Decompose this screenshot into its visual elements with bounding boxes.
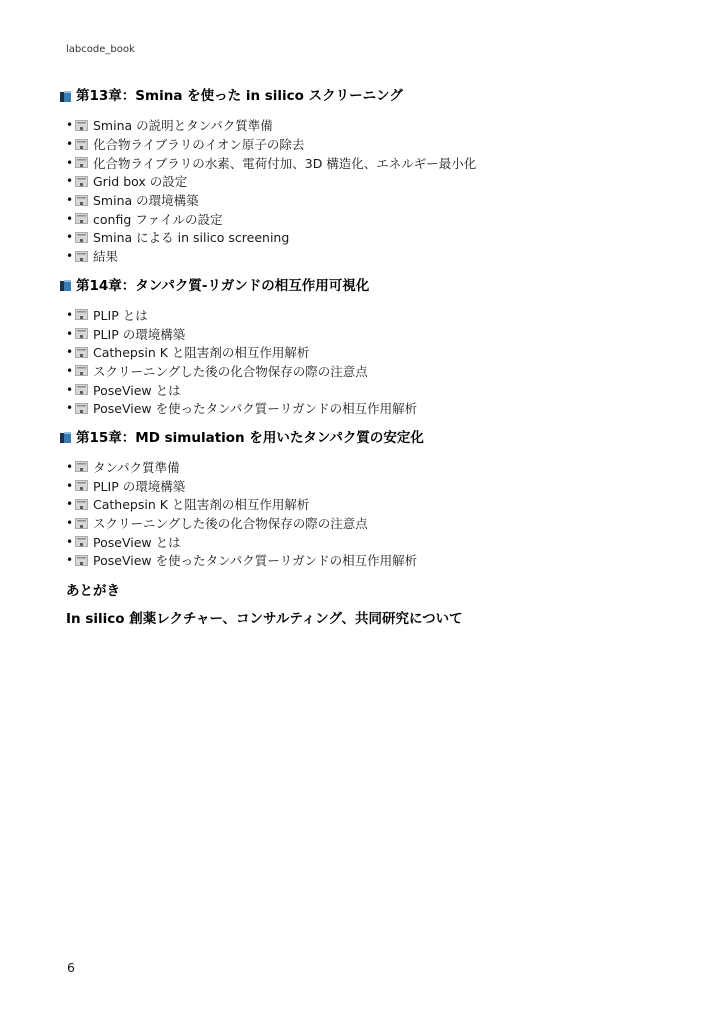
bullet-dot: • bbox=[66, 401, 72, 415]
document-icon bbox=[75, 347, 88, 358]
chapter-item-list: • Smina の説明とタンパク質準備 • 化合物ライブラリのイオン原子の除去 … bbox=[59, 116, 684, 266]
toc-item[interactable]: • PoseView とは bbox=[66, 380, 684, 399]
toc-item-label: Smina の環境構築 bbox=[93, 191, 199, 209]
document-icon bbox=[75, 120, 88, 131]
document-icon bbox=[75, 251, 88, 262]
book-icon bbox=[59, 90, 72, 103]
document-icon bbox=[75, 384, 88, 395]
chapter-heading-label: 第14章：タンパク質-リガンドの相互作用可視化 bbox=[76, 279, 369, 293]
toc-item[interactable]: • PoseView を使ったタンパク質ーリガンドの相互作用解析 bbox=[66, 399, 684, 418]
document-icon bbox=[75, 309, 88, 320]
document-icon bbox=[75, 518, 88, 529]
toc-section: 第14章：タンパク質-リガンドの相互作用可視化 • PLIP とは • PLIP… bbox=[59, 279, 684, 418]
toc-entry-atogaki[interactable]: あとがき bbox=[66, 584, 684, 598]
bullet-dot: • bbox=[66, 364, 72, 378]
bullet-dot: • bbox=[66, 553, 72, 567]
document-title: labcode_book bbox=[66, 44, 684, 56]
page-number: 6 bbox=[67, 960, 75, 975]
book-icon bbox=[59, 279, 72, 292]
toc-item-label: PoseView とは bbox=[93, 533, 181, 551]
toc-item-label: Cathepsin K と阻害剤の相互作用解析 bbox=[93, 495, 309, 513]
toc-item-label: Cathepsin K と阻害剤の相互作用解析 bbox=[93, 343, 309, 361]
toc-item-label: PoseView を使ったタンパク質ーリガンドの相互作用解析 bbox=[93, 551, 417, 569]
document-icon bbox=[75, 499, 88, 510]
bullet-dot: • bbox=[66, 230, 72, 244]
bullet-dot: • bbox=[66, 535, 72, 549]
toc-item-label: Grid box の設定 bbox=[93, 172, 187, 190]
toc-item[interactable]: • スクリーニングした後の化合物保存の際の注意点 bbox=[66, 514, 684, 533]
document-icon bbox=[75, 536, 88, 547]
bullet-dot: • bbox=[66, 479, 72, 493]
toc-section: 第15章：MD simulation を用いたタンパク質の安定化 • タンパク質… bbox=[59, 431, 684, 570]
toc-item[interactable]: • PoseView を使ったタンパク質ーリガンドの相互作用解析 bbox=[66, 551, 684, 570]
bullet-dot: • bbox=[66, 174, 72, 188]
toc-item[interactable]: • PLIP の環境構築 bbox=[66, 324, 684, 343]
toc-item-label: タンパク質準備 bbox=[93, 458, 180, 476]
bullet-dot: • bbox=[66, 156, 72, 170]
document-icon bbox=[75, 328, 88, 339]
document-icon bbox=[75, 195, 88, 206]
toc-item[interactable]: • Grid box の設定 bbox=[66, 172, 684, 191]
bullet-dot: • bbox=[66, 460, 72, 474]
document-icon bbox=[75, 555, 88, 566]
chapter-item-list: • タンパク質準備 • PLIP の環境構築 • Cathepsin K と阻害… bbox=[59, 458, 684, 570]
bullet-dot: • bbox=[66, 516, 72, 530]
document-icon bbox=[75, 139, 88, 150]
document-icon bbox=[75, 157, 88, 168]
toc-item[interactable]: • config ファイルの設定 bbox=[66, 209, 684, 228]
chapter-item-list: • PLIP とは • PLIP の環境構築 • Cathepsin K と阻害… bbox=[59, 306, 684, 418]
toc-item-label: 化合物ライブラリの水素、電荷付加、3D 構造化、エネルギー最小化 bbox=[93, 154, 476, 172]
toc-item-label: スクリーニングした後の化合物保存の際の注意点 bbox=[93, 514, 368, 532]
toc-item[interactable]: • Cathepsin K と阻害剤の相互作用解析 bbox=[66, 495, 684, 514]
toc-item[interactable]: • Smina の説明とタンパク質準備 bbox=[66, 116, 684, 135]
toc-item[interactable]: • Smina による in silico screening bbox=[66, 228, 684, 247]
bullet-dot: • bbox=[66, 249, 72, 263]
document-icon bbox=[75, 403, 88, 414]
toc-item-label: Smina の説明とタンパク質準備 bbox=[93, 116, 273, 134]
toc-item-label: 化合物ライブラリのイオン原子の除去 bbox=[93, 135, 304, 153]
document-icon bbox=[75, 480, 88, 491]
toc-entry-consulting[interactable]: In silico 創薬レクチャー、コンサルティング、共同研究について bbox=[66, 612, 684, 626]
bullet-dot: • bbox=[66, 118, 72, 132]
toc-item-label: config ファイルの設定 bbox=[93, 210, 222, 228]
bullet-dot: • bbox=[66, 212, 72, 226]
toc-item[interactable]: • Cathepsin K と阻害剤の相互作用解析 bbox=[66, 343, 684, 362]
toc-item-label: Smina による in silico screening bbox=[93, 228, 289, 246]
toc-item[interactable]: • PLIP とは bbox=[66, 306, 684, 325]
toc-item[interactable]: • 結果 bbox=[66, 247, 684, 266]
toc-item[interactable]: • 化合物ライブラリのイオン原子の除去 bbox=[66, 135, 684, 154]
toc-item[interactable]: • PLIP の環境構築 bbox=[66, 476, 684, 495]
toc-item-label: PoseView を使ったタンパク質ーリガンドの相互作用解析 bbox=[93, 399, 417, 417]
chapter-heading[interactable]: 第13章：Smina を使った in silico スクリーニング bbox=[59, 89, 684, 103]
chapter-heading[interactable]: 第14章：タンパク質-リガンドの相互作用可視化 bbox=[59, 279, 684, 293]
book-icon bbox=[59, 431, 72, 444]
toc-section: 第13章：Smina を使った in silico スクリーニング • Smin… bbox=[59, 89, 684, 266]
toc-item[interactable]: • Smina の環境構築 bbox=[66, 191, 684, 210]
document-icon bbox=[75, 461, 88, 472]
chapter-heading-label: 第15章：MD simulation を用いたタンパク質の安定化 bbox=[76, 431, 424, 445]
document-icon bbox=[75, 213, 88, 224]
bullet-dot: • bbox=[66, 193, 72, 207]
chapter-heading-label: 第13章：Smina を使った in silico スクリーニング bbox=[76, 89, 403, 103]
toc-item-label: 結果 bbox=[93, 247, 118, 265]
toc-item-label: スクリーニングした後の化合物保存の際の注意点 bbox=[93, 362, 368, 380]
bullet-dot: • bbox=[66, 497, 72, 511]
toc-page: labcode_book 第13章：Smina を使った in silico ス… bbox=[0, 0, 724, 1024]
toc-item-label: PLIP とは bbox=[93, 306, 148, 324]
toc-item-label: PLIP の環境構築 bbox=[93, 325, 185, 343]
bullet-dot: • bbox=[66, 308, 72, 322]
toc-item[interactable]: • 化合物ライブラリの水素、電荷付加、3D 構造化、エネルギー最小化 bbox=[66, 153, 684, 172]
document-icon bbox=[75, 176, 88, 187]
bullet-dot: • bbox=[66, 345, 72, 359]
toc-item-label: PLIP の環境構築 bbox=[93, 477, 185, 495]
toc-item[interactable]: • スクリーニングした後の化合物保存の際の注意点 bbox=[66, 362, 684, 381]
sections: 第13章：Smina を使った in silico スクリーニング • Smin… bbox=[59, 89, 684, 570]
bullet-dot: • bbox=[66, 137, 72, 151]
toc-item[interactable]: • PoseView とは bbox=[66, 532, 684, 551]
bullet-dot: • bbox=[66, 327, 72, 341]
bullet-dot: • bbox=[66, 383, 72, 397]
chapter-heading[interactable]: 第15章：MD simulation を用いたタンパク質の安定化 bbox=[59, 431, 684, 445]
document-icon bbox=[75, 232, 88, 243]
toc-item-label: PoseView とは bbox=[93, 381, 181, 399]
toc-item[interactable]: • タンパク質準備 bbox=[66, 458, 684, 477]
document-icon bbox=[75, 365, 88, 376]
